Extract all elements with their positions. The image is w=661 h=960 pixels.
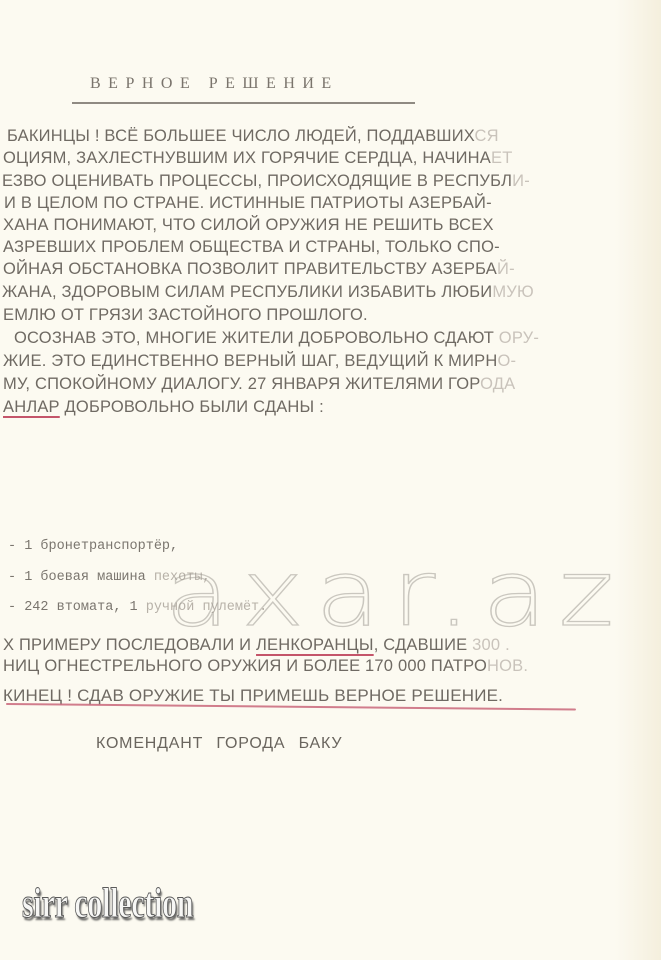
- text-line: ЕЗВО ОЦЕНИВАТЬ ПРОЦЕССЫ, ПРОИСХОДЯЩИЕ В …: [2, 172, 530, 191]
- text-line: НИЦ ОГНЕСТРЕЛЬНОГО ОРУЖИЯ И БОЛЕЕ 170 00…: [3, 657, 528, 676]
- underlined-city: АНЛАР: [3, 398, 60, 416]
- text-line: МУ, СПОКОЙНОМУ ДИАЛОГУ. 27 ЯНВАРЯ ЖИТЕЛЯ…: [3, 375, 515, 394]
- collection-watermark: sirr collection: [22, 883, 193, 925]
- text-line: ОСОЗНАВ ЭТО, МНОГИЕ ЖИТЕЛИ ДОБРОВОЛЬНО С…: [14, 329, 539, 348]
- site-watermark: axar.az: [165, 548, 626, 640]
- text-line: ЖАНА, ЗДОРОВЫМ СИЛАМ РЕСПУБЛИКИ ИЗБАВИТЬ…: [2, 283, 534, 302]
- text-line: ХАНА ПОНИМАЮТ, ЧТО СИЛОЙ ОРУЖИЯ НЕ РЕШИТ…: [3, 216, 494, 235]
- signature: КОМЕНДАНТ ГОРОДА БАКУ: [96, 735, 342, 753]
- document-page: ВЕРНОЕ РЕШЕНИЕ БАКИНЦЫ ! ВСЁ БОЛЬШЕЕ ЧИС…: [0, 0, 661, 960]
- text-line: ЖИЕ. ЭТО ЕДИНСТВЕННО ВЕРНЫЙ ШАГ, ВЕДУЩИЙ…: [3, 352, 516, 371]
- document-title: ВЕРНОЕ РЕШЕНИЕ: [90, 75, 339, 93]
- text-line: ОЦИЯМ, ЗАХЛЕСТНУВШИМ ИХ ГОРЯЧИЕ СЕРДЦА, …: [3, 149, 512, 168]
- text-line: АНЛАР ДОБРОВОЛЬНО БЫЛИ СДАНЫ :: [3, 398, 324, 417]
- text-line: БАКИНЦЫ ! ВСЁ БОЛЬШЕЕ ЧИСЛО ЛЮДЕЙ, ПОДДА…: [7, 127, 499, 146]
- text-line: ОЙНАЯ ОБСТАНОВКА ПОЗВОЛИТ ПРАВИТЕЛЬСТВУ …: [3, 260, 515, 279]
- text-line: АЗРЕВШИХ ПРОБЛЕМ ОБЩЕСТВА И СТРАНЫ, ТОЛЬ…: [3, 238, 500, 257]
- title-underline: [72, 102, 415, 104]
- list-item: - 1 бронетранспортёр,: [8, 539, 178, 554]
- text-line: ЕМЛЮ ОТ ГРЯЗИ ЗАСТОЙНОГО ПРОШЛОГО.: [3, 306, 368, 325]
- text-line: И В ЦЕЛОМ ПО СТРАНЕ. ИСТИННЫЕ ПАТРИОТЫ А…: [4, 194, 492, 213]
